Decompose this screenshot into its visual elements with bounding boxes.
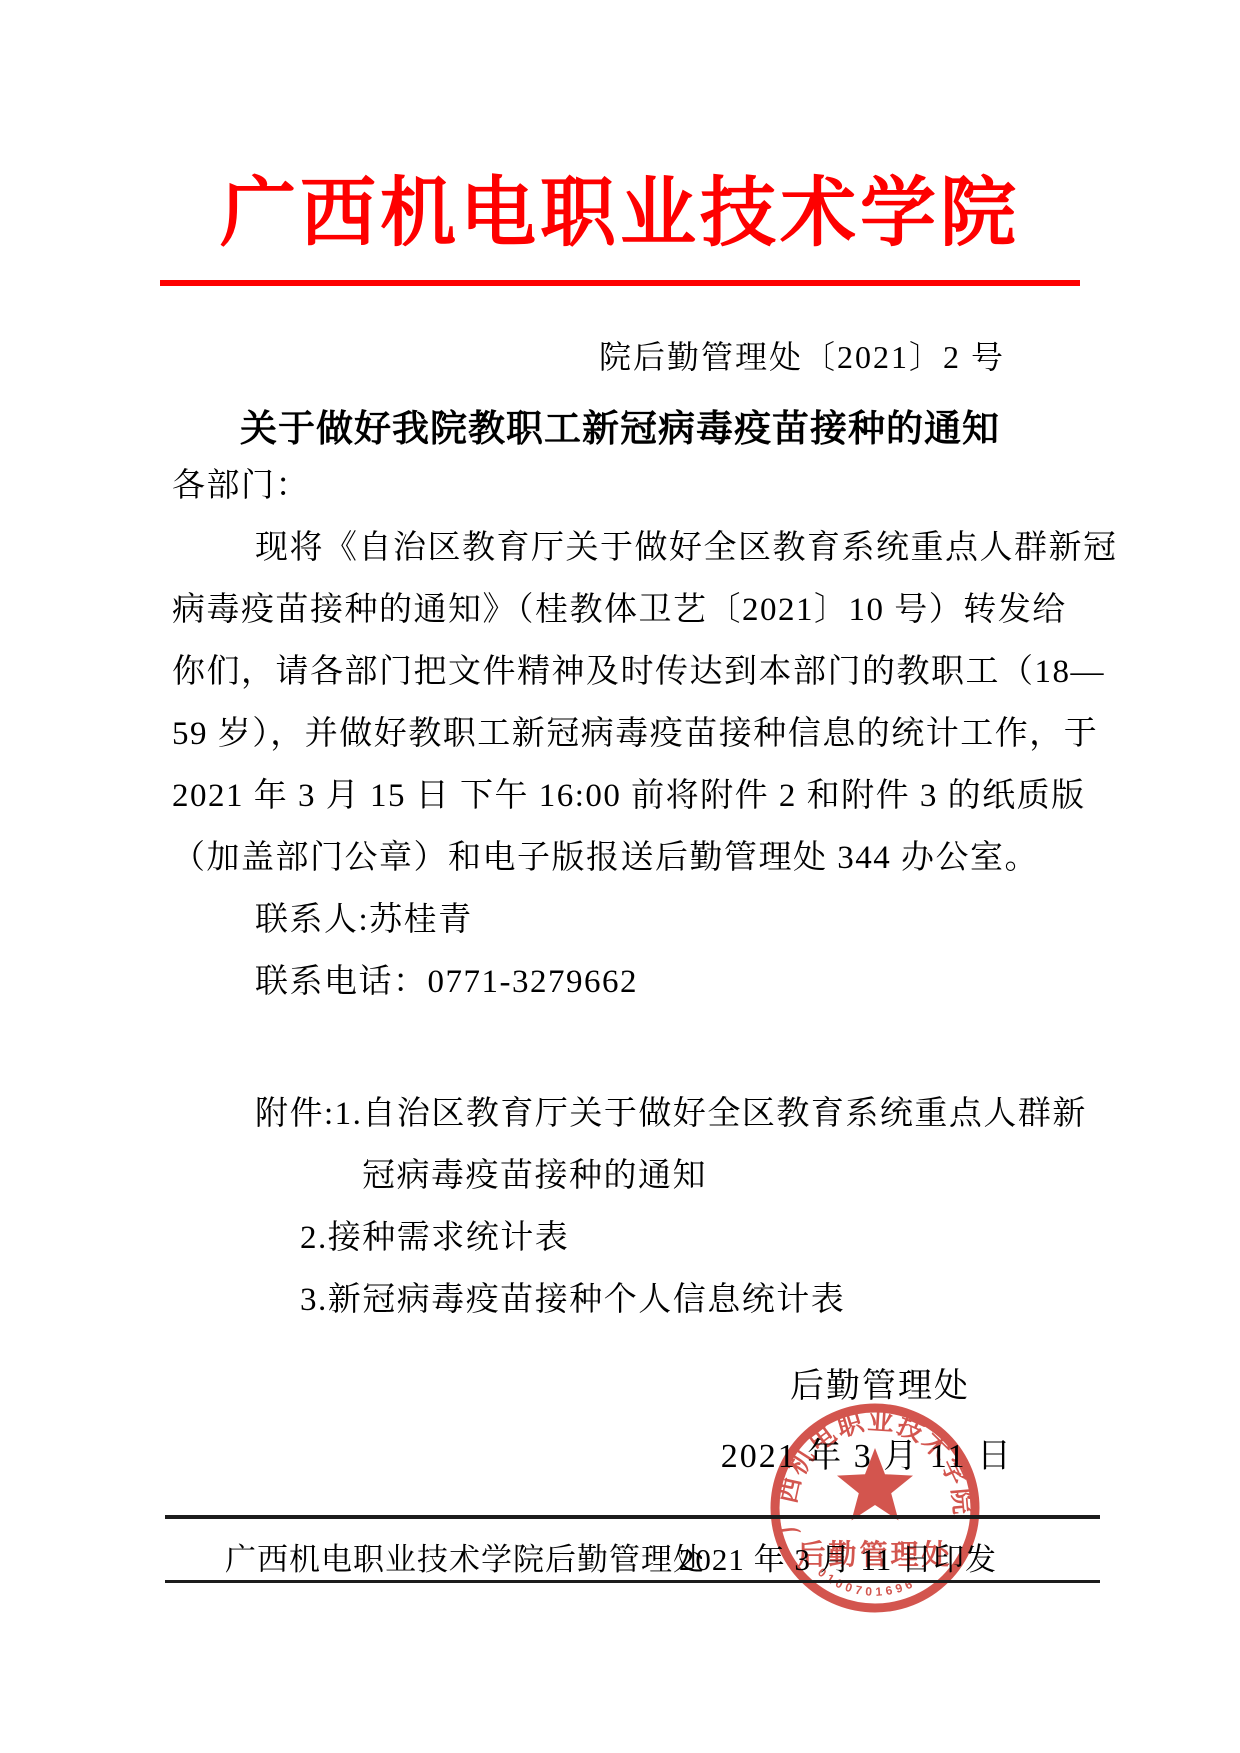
attachment-line: 2.接种需求统计表 [170, 1207, 1075, 1269]
body-line: 你们，请各部门把文件精神及时传达到本部门的教职工（18— [172, 641, 1077, 703]
red-divider-rule [160, 280, 1080, 286]
footer-rule-bottom [165, 1580, 1100, 1583]
footer-print-date: 2021 年 3 月 11 日印发 [679, 1534, 997, 1579]
doc-number: 院后勤管理处〔2021〕2 号 [599, 332, 1005, 378]
notice-title: 关于做好我院教职工新冠病毒疫苗接种的通知 [0, 398, 1240, 452]
school-name-title: 广西机电职业技术学院 [0, 152, 1240, 261]
body-line: 59 岁），并做好教职工新冠病毒疫苗接种信息的统计工作，于 [172, 703, 1077, 765]
seal-star-icon [837, 1448, 913, 1520]
footer-rule-top [165, 1515, 1100, 1519]
attachment-line: 3.新冠病毒疫苗接种个人信息统计表 [170, 1269, 1075, 1331]
official-seal: 广西机电职业技术学院 后勤管理处 0100701696 [763, 1396, 987, 1620]
attachments-list: 附件:1.自治区教育厅关于做好全区教育系统重点人群新 冠病毒疫苗接种的通知 2.… [170, 1083, 1075, 1331]
document-page: 广西机电职业技术学院 院后勤管理处〔2021〕2 号 关于做好我院教职工新冠病毒… [0, 0, 1240, 1753]
contact-phone: 联系电话：0771-3279662 [172, 951, 1077, 1013]
body-line: 现将《自治区教育厅关于做好全区教育系统重点人群新冠 [172, 517, 1077, 579]
attachment-line: 冠病毒疫苗接种的通知 [170, 1145, 1075, 1207]
attachment-line: 附件:1.自治区教育厅关于做好全区教育系统重点人群新 [170, 1083, 1075, 1145]
footer-issuer: 广西机电职业技术学院后勤管理处 [225, 1534, 705, 1579]
body-line: （加盖部门公章）和电子版报送后勤管理处 344 办公室。 [172, 827, 1077, 889]
contact-person: 联系人:苏桂青 [172, 889, 1077, 951]
body-line: 病毒疫苗接种的通知》（桂教体卫艺〔2021〕10 号）转发给 [172, 579, 1077, 641]
body-text: 各部门： 现将《自治区教育厅关于做好全区教育系统重点人群新冠 病毒疫苗接种的通知… [172, 455, 1077, 1013]
body-line: 2021 年 3 月 15 日 下午 16:00 前将附件 2 和附件 3 的纸… [172, 765, 1077, 827]
salutation: 各部门： [172, 455, 1077, 517]
